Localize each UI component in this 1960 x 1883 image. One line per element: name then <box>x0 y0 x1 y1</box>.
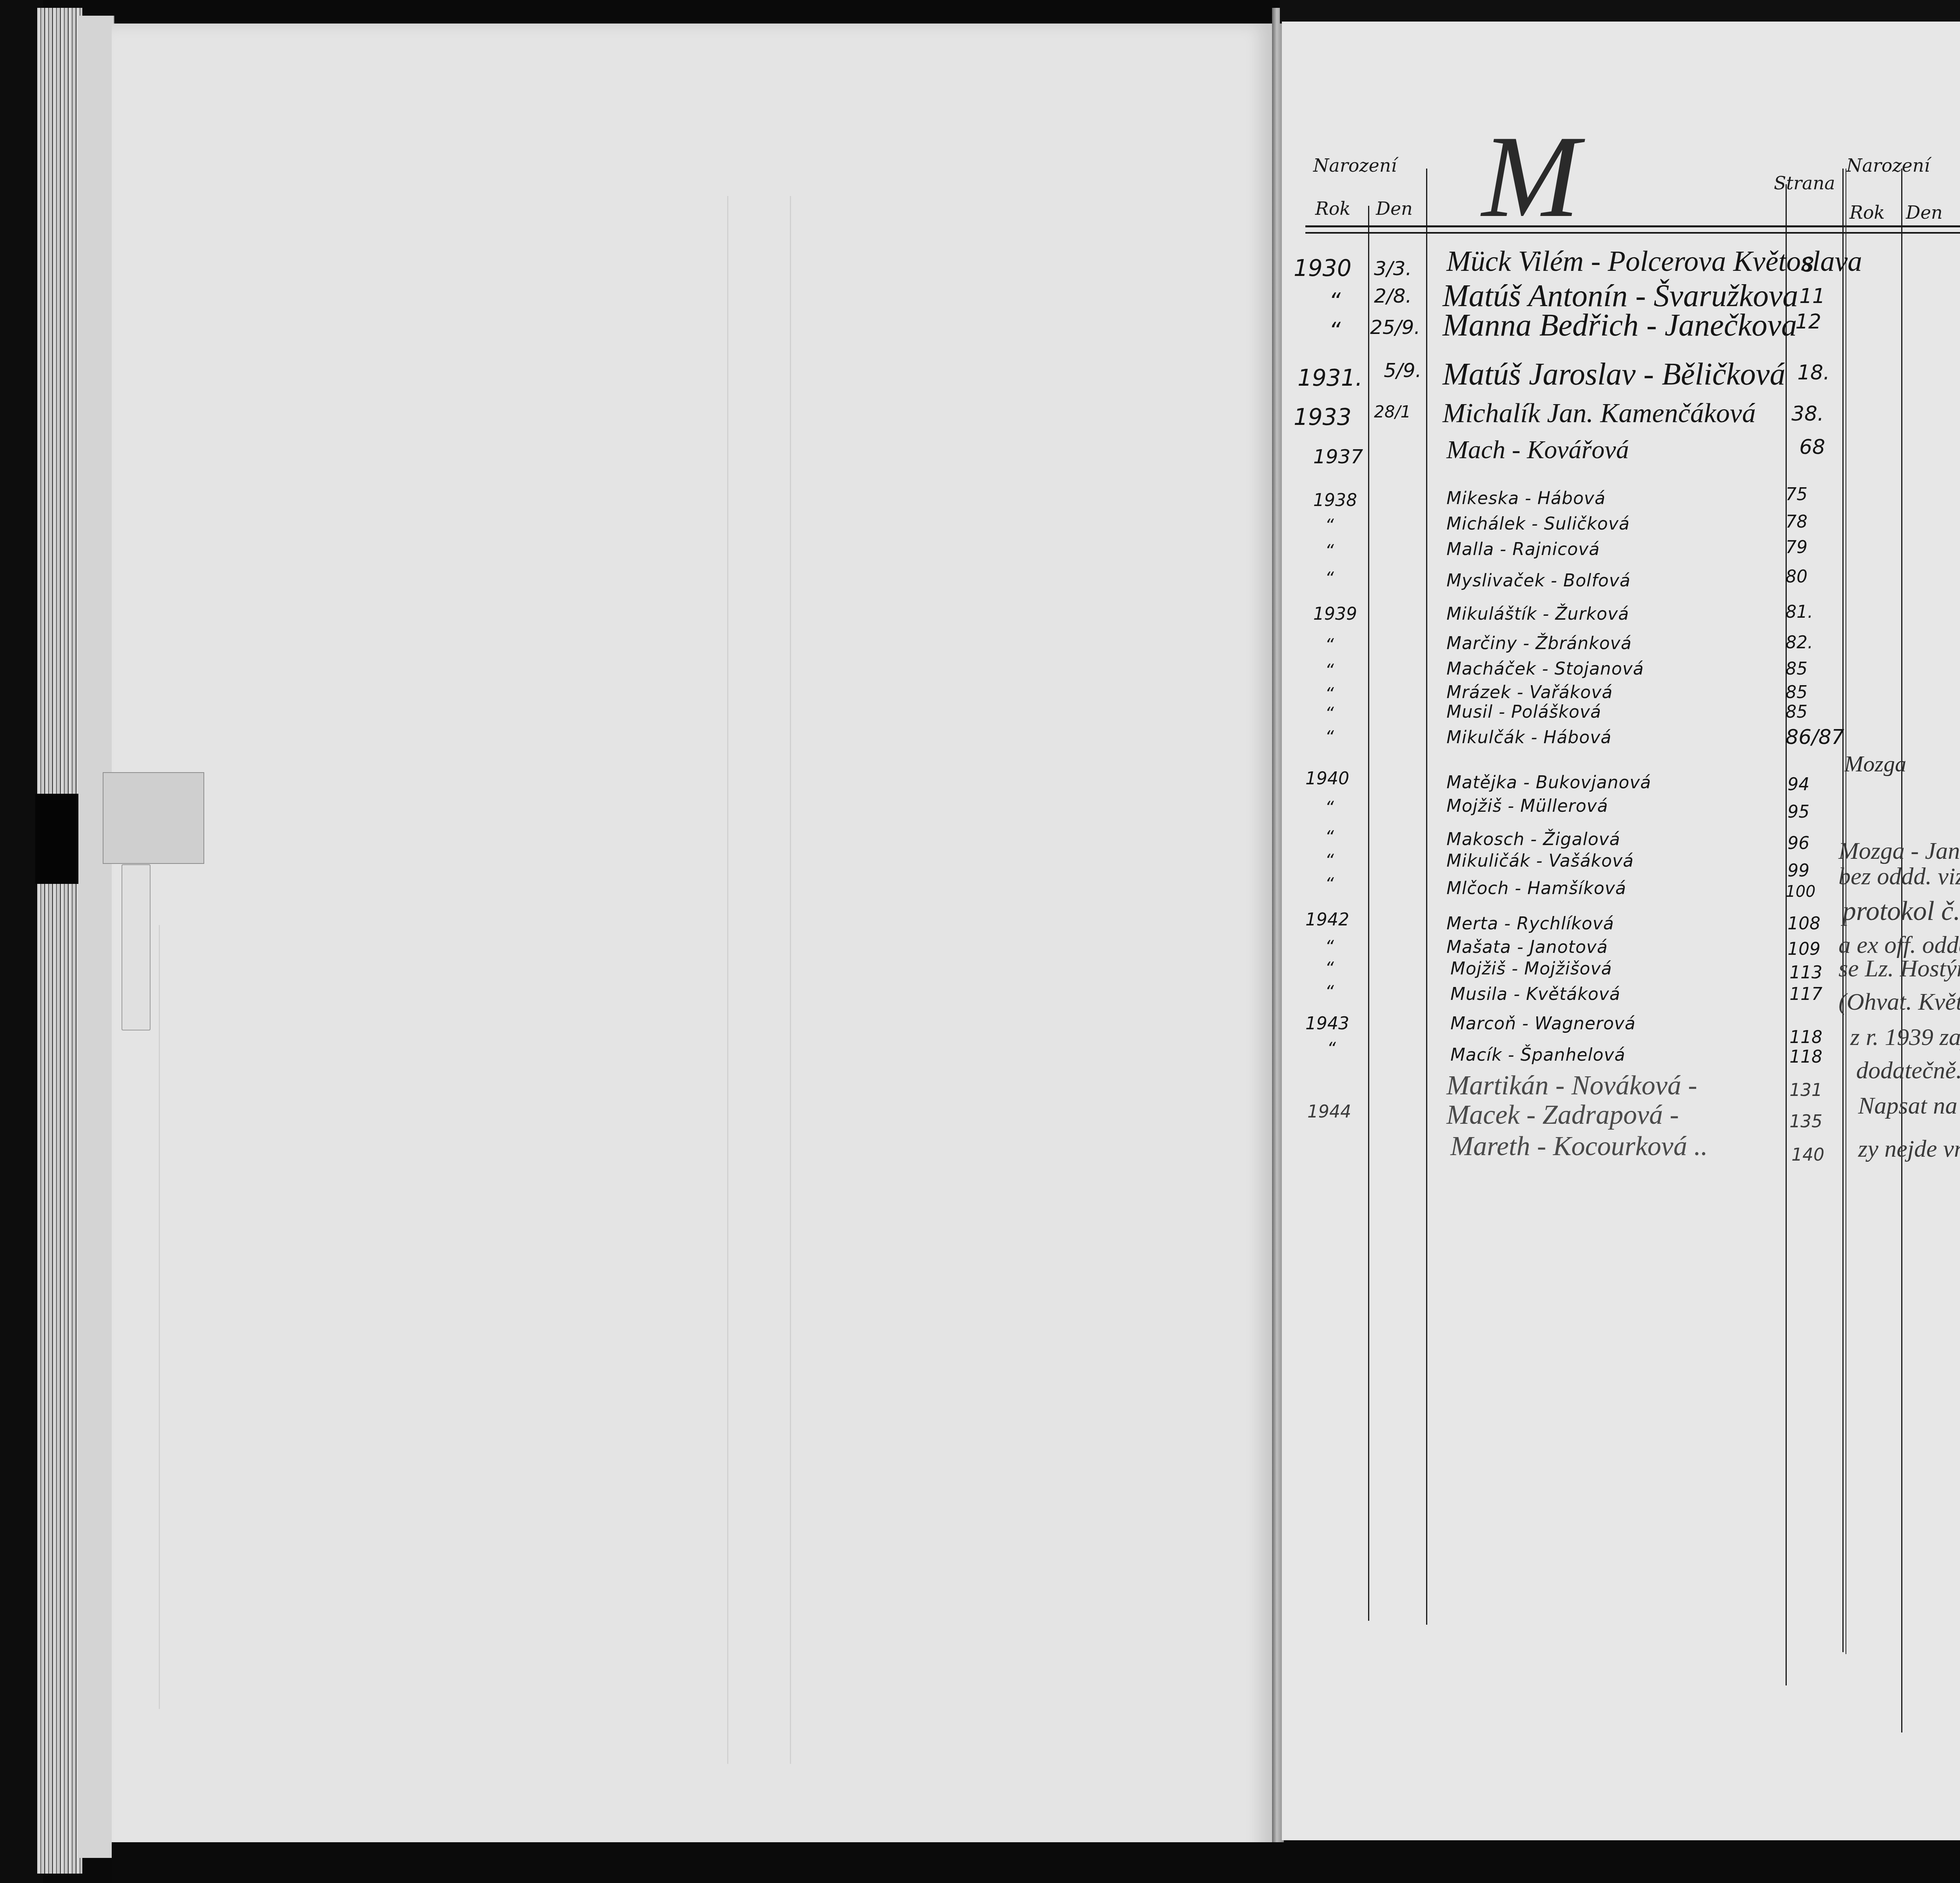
entry-name: Mikeska - Hábová <box>1446 490 1606 507</box>
entry-page: 18. <box>1797 363 1830 383</box>
entry-year: “ <box>1325 800 1334 817</box>
margin-note-line: z r. 1939 zapsány alespoň <box>1850 1025 1960 1049</box>
entry-name: Musil - Polášková <box>1446 704 1601 721</box>
entry-name: Matúš Antonín - Švaružkova <box>1443 280 1798 312</box>
entry-page: 78 <box>1786 513 1808 531</box>
entry-page: 85 <box>1786 660 1808 678</box>
entry-year: “ <box>1325 570 1334 588</box>
entry-name: Macháček - Stojanová <box>1446 660 1644 678</box>
entry-day: 3/3. <box>1374 259 1412 278</box>
entry-year: 1943 <box>1305 1015 1349 1032</box>
entry-name: Mikuláštík - Žurková <box>1446 606 1629 623</box>
entry-name: Marcoň - Wagnerová <box>1450 1015 1636 1032</box>
entry-year: “ <box>1325 637 1334 654</box>
entry-page: 11 <box>1799 286 1825 307</box>
entry-year: “ <box>1325 543 1334 560</box>
entry-name: Myslivaček - Bolfová <box>1446 572 1631 590</box>
entry-name: Mikulčák - Hábová <box>1446 729 1612 746</box>
margin-note-mozga: Mozga <box>1844 753 1906 775</box>
entry-name: Mück Vilém - Polcerova Květoslava <box>1446 247 1862 276</box>
entry-name: Makosch - Žigalová <box>1446 831 1621 848</box>
margin-note-line: zy nejde vrátit s dohledem Janečka <box>1858 1137 1960 1161</box>
bookmark-ribbon[interactable] <box>35 794 78 884</box>
entry-name: Michálek - Suličková <box>1446 515 1630 533</box>
margin-note-line: (Ohvat. Květa, Ludmila jsou <box>1838 990 1960 1014</box>
header-den-label: Den <box>1376 198 1413 219</box>
entry-day: 2/8. <box>1374 286 1412 306</box>
top-edge-shadow <box>1280 0 1960 24</box>
bleed-through-line <box>727 196 728 1764</box>
entry-year: “ <box>1325 853 1334 870</box>
entry-page: 140 <box>1791 1146 1824 1164</box>
entry-name: Manna Bedřich - Janečkova <box>1443 310 1797 341</box>
entry-page: 81. <box>1786 604 1813 621</box>
entry-year: 1940 <box>1305 770 1349 787</box>
col-line-den-name <box>1426 169 1427 1625</box>
margin-note-line: protokol č. 44/1939 <box>1842 898 1960 925</box>
entry-name: Mojžiš - Mojžišová <box>1450 960 1612 978</box>
entry-year: 1930 <box>1294 257 1352 279</box>
entry-year: “ <box>1325 876 1334 893</box>
entry-page: 118 <box>1789 1049 1822 1066</box>
entry-page: 38. <box>1791 404 1824 424</box>
entry-year: “ <box>1325 662 1334 680</box>
entry-year: “ <box>1327 1041 1336 1058</box>
entry-name: Michalík Jan. Kamenčáková <box>1443 400 1756 427</box>
entry-year: “ <box>1325 517 1334 535</box>
entry-day: 25/9. <box>1370 317 1420 337</box>
entry-year: 1942 <box>1305 911 1349 929</box>
left-page-blank <box>112 24 1272 1862</box>
entry-page: 68 <box>1799 437 1825 457</box>
header-rok-label: Rok <box>1315 198 1350 219</box>
header-rule-top <box>1305 225 1960 227</box>
entry-page: 85 <box>1786 704 1808 721</box>
entry-page: 82. <box>1786 634 1813 651</box>
entry-page: 12 <box>1795 312 1821 332</box>
entry-page: 75 <box>1786 486 1808 503</box>
binding-hinge <box>78 16 114 1858</box>
entry-page: 99 <box>1788 862 1809 880</box>
header-strana-label: Strana <box>1774 172 1835 194</box>
margin-note-line: Napsat na st. Hostýn - Nikde <box>1858 1094 1960 1118</box>
section-letter-heading: M <box>1482 118 1580 235</box>
margin-note-line: bez oddd. viz sml. <box>1838 864 1960 889</box>
margin-note-line: se Lz. Hostýn <box>1838 956 1960 981</box>
col-line-name-strana <box>1786 184 1787 1685</box>
page-edges-stack <box>37 8 82 1874</box>
entry-year: “ <box>1325 960 1334 978</box>
repair-tape-strip <box>122 864 151 1030</box>
entry-year: “ <box>1325 686 1334 703</box>
entry-page: 85 <box>1786 684 1808 701</box>
entry-page: 80 <box>1786 568 1808 586</box>
entry-day: 5/9. <box>1384 361 1421 380</box>
entry-page: 118 <box>1789 1029 1822 1046</box>
entry-year: 1944 <box>1307 1103 1351 1121</box>
book-bottom-edge <box>112 1842 1960 1883</box>
entry-page: 86/87 <box>1786 727 1844 747</box>
entry-page: 96 <box>1788 835 1809 852</box>
entry-year: 1931. <box>1298 366 1363 389</box>
book-cover-left <box>0 0 43 1883</box>
margin-note-line: a ex off. oddací list <box>1838 933 1960 957</box>
entry-name: Merta - Rychlíková <box>1446 915 1614 932</box>
bleed-through-line <box>790 196 791 1764</box>
entry-year: “ <box>1325 984 1334 1001</box>
entry-name: Macík - Španhelová <box>1450 1047 1625 1064</box>
entry-year: “ <box>1325 829 1334 846</box>
entry-year: “ <box>1325 729 1334 746</box>
entry-page: 109 <box>1788 941 1820 958</box>
entry-year: “ <box>1325 939 1334 956</box>
margin-note-line: Mozga - Janalová <box>1838 839 1960 863</box>
margin-note-line: dodatečně.) <box>1856 1058 1960 1083</box>
entry-page: 8 <box>1801 255 1814 275</box>
entry-page: 135 <box>1789 1113 1822 1130</box>
entry-name: Mojžiš - Müllerová <box>1446 798 1608 815</box>
header-narozeni-label: Narození <box>1313 155 1397 176</box>
entry-page: 117 <box>1789 986 1822 1003</box>
entry-name: Mach - Kovářová <box>1446 437 1629 463</box>
entry-name: Martikán - Nováková - <box>1446 1072 1697 1099</box>
entry-year: “ <box>1329 290 1341 313</box>
entry-page: 95 <box>1788 804 1809 821</box>
entry-page: 108 <box>1788 915 1820 932</box>
entry-page: 94 <box>1788 776 1809 793</box>
entry-name: Mrázek - Vařáková <box>1446 684 1613 701</box>
entry-year: “ <box>1325 706 1334 723</box>
entry-name: Musila - Květáková <box>1450 986 1621 1003</box>
entry-year: 1937 <box>1313 447 1363 466</box>
entry-name: Marčiny - Žbránková <box>1446 635 1632 652</box>
entry-year: 1933 <box>1294 406 1352 428</box>
entry-page: 79 <box>1786 539 1808 556</box>
header-den-label-2: Den <box>1906 202 1943 223</box>
col-line-rok-den <box>1368 206 1369 1621</box>
entry-name: Mikuličák - Vašáková <box>1446 853 1634 870</box>
repair-tape-patch <box>103 772 204 864</box>
entry-name: Matúš Jaroslav - Běličková <box>1443 359 1786 390</box>
entry-name: Malla - Rajnicová <box>1446 541 1600 558</box>
header-rok-label-2: Rok <box>1849 202 1885 223</box>
entry-year: “ <box>1329 319 1341 342</box>
entry-page: 113 <box>1789 964 1822 981</box>
header-narozeni-label-2: Narození <box>1846 155 1930 176</box>
bleed-through-line <box>159 925 160 1709</box>
entry-name: Mlčoch - Hamšíková <box>1446 880 1626 897</box>
entry-year: 1939 <box>1313 606 1357 623</box>
entry-name: Matějka - Bukovjanová <box>1446 774 1651 791</box>
entry-name: Mareth - Kocourková .. <box>1450 1133 1708 1160</box>
entry-year: 1938 <box>1313 492 1357 509</box>
entry-page: 131 <box>1789 1082 1822 1099</box>
entry-day: 28/1 <box>1374 404 1411 420</box>
header-rule-bottom <box>1305 232 1960 234</box>
entry-name: Mašata - Janotová <box>1446 939 1608 956</box>
entry-page: 100 <box>1786 884 1815 900</box>
entry-name: Macek - Zadrapová - <box>1446 1101 1679 1129</box>
